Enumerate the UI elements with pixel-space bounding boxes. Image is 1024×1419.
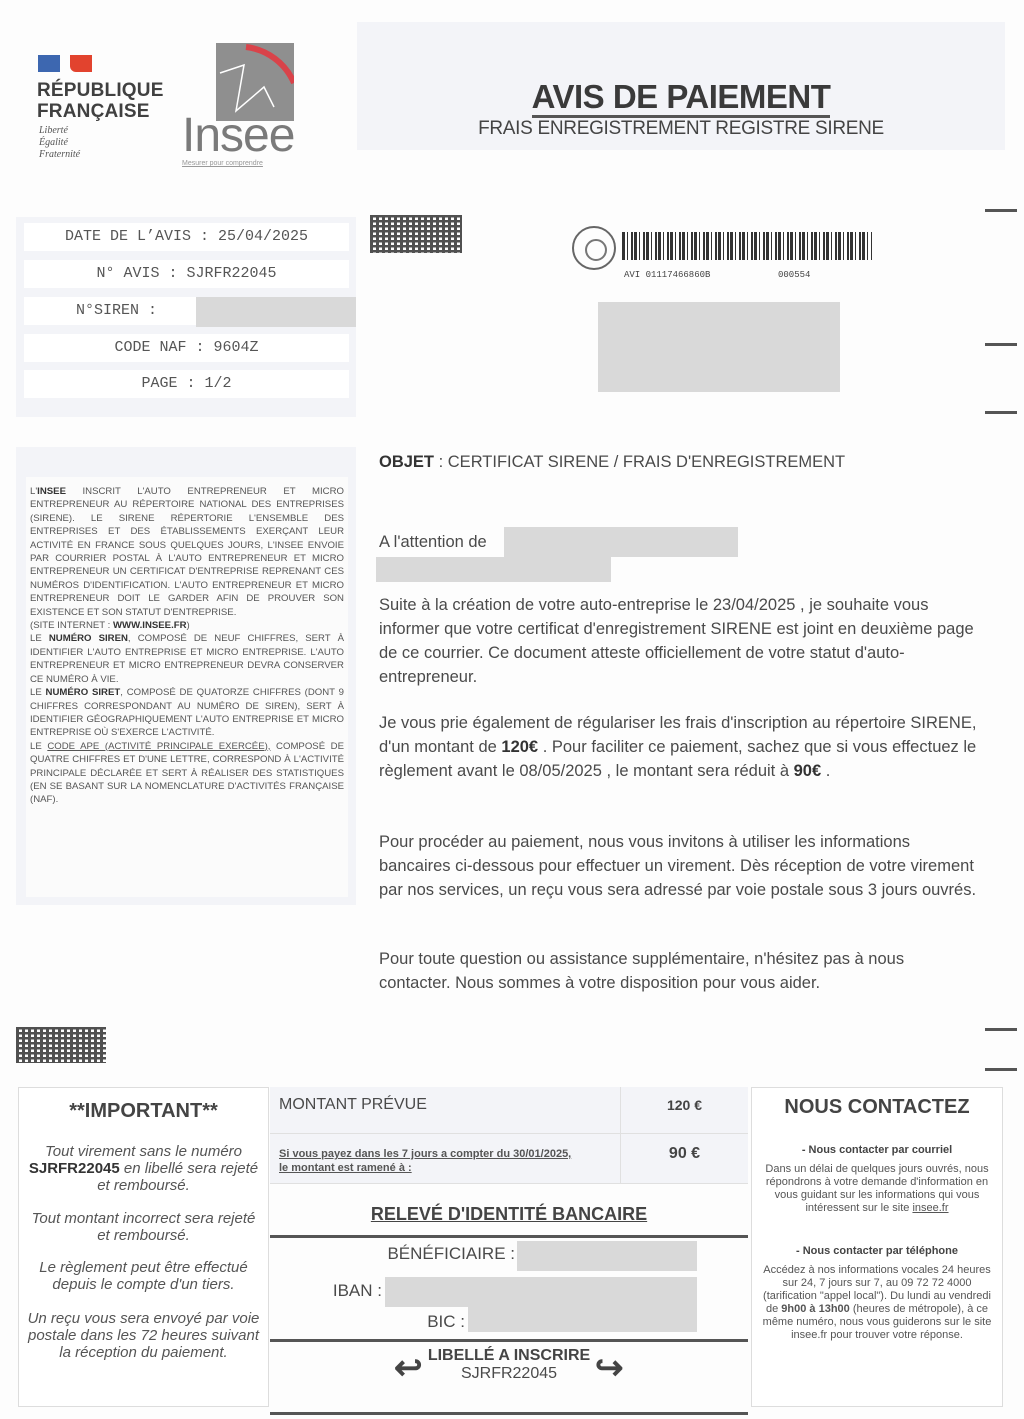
- beneficiary-label: BÉNÉFICIAIRE :: [350, 1244, 515, 1264]
- planned-amount-label: MONTANT PRÉVUE: [279, 1096, 427, 1114]
- fold-mark: [985, 343, 1017, 346]
- transfer-reference-value: SJRFR22045: [270, 1365, 748, 1383]
- fold-mark: [985, 1028, 1017, 1031]
- important-panel: **IMPORTANT** Tout virement sans le numé…: [18, 1087, 269, 1407]
- reduced-amount-label: Si vous payez dans les 7 jours a compter…: [279, 1147, 579, 1175]
- contact-panel: NOUS CONTACTEZ - Nous contacter par cour…: [751, 1087, 1003, 1407]
- transfer-reference-title: LIBELLÉ A INSCRIRE: [270, 1347, 748, 1365]
- reduced-amount-row: Si vous payez dans les 7 jours a compter…: [270, 1134, 748, 1184]
- contact-phone-text: Accédez à nos informations vocales 24 he…: [758, 1264, 996, 1342]
- fold-mark: [985, 209, 1017, 212]
- planned-amount-row: MONTANT PRÉVUE 120 €: [270, 1087, 748, 1134]
- rib-title: RELEVÉ D'IDENTITÉ BANCAIRE: [270, 1204, 748, 1225]
- divider: [270, 1339, 748, 1342]
- fold-mark: [985, 411, 1017, 414]
- planned-amount-value: 120 €: [620, 1087, 748, 1133]
- iban-redacted: [385, 1277, 697, 1307]
- notice-paragraph-siret: Le numéro SIRET, composé de quatorze chi…: [30, 686, 344, 740]
- notice-paragraph-insee: L'INSEE inscrit l'auto entrepreneur et m…: [30, 485, 344, 619]
- attention-name-redacted-2: [376, 557, 611, 582]
- letter-paragraph-2: Je vous prie également de régulariser le…: [379, 711, 979, 783]
- notice-paragraph-ape: Le code APE (activité principale exercée…: [30, 740, 344, 807]
- letter-subject: OBJET : CERTIFICAT SIRENE / FRAIS D'ENRE…: [379, 450, 979, 474]
- contact-phone-heading: - Nous contacter par téléphone: [752, 1245, 1002, 1257]
- siren-redacted: [196, 297, 356, 327]
- recipient-address-redacted: [598, 302, 840, 392]
- sirene-info-text: L'INSEE inscrit l'auto entrepreneur et m…: [26, 477, 348, 897]
- sirene-info-panel: L'INSEE inscrit l'auto entrepreneur et m…: [16, 447, 356, 905]
- barcode-number: 000554: [778, 270, 810, 280]
- barcode-code: AVI 01117466860B: [624, 270, 710, 280]
- important-title: **IMPORTANT**: [19, 1100, 268, 1123]
- notice-number: N° AVIS : SJRFR22045: [24, 260, 349, 288]
- notice-date: DATE DE L’AVIS : 25/04/2025: [24, 223, 349, 251]
- important-amount-warning: Tout montant incorrect sera rejeté et re…: [27, 1210, 260, 1244]
- notice-website: (Site internet : WWW.INSEE.FR): [30, 619, 344, 632]
- notice-info-panel: DATE DE L’AVIS : 25/04/2025 N° AVIS : SJ…: [16, 217, 356, 417]
- bic-label: BIC :: [380, 1312, 465, 1332]
- fold-mark: [985, 1068, 1017, 1071]
- letter-paragraph-1: Suite à la création de votre auto-entrep…: [379, 593, 979, 689]
- title-panel: AVIS DE PAIEMENT FRAIS ENREGISTREMENT RE…: [357, 22, 1005, 150]
- divider: [270, 1412, 748, 1415]
- naf-code: CODE NAF : 9604Z: [24, 334, 349, 362]
- francaise-line: FRANÇAISE: [37, 101, 164, 122]
- motto-fraternite: Fraternité: [39, 149, 80, 161]
- notice-paragraph-siren: Le numéro SIREN, composé de neuf chiffre…: [30, 632, 344, 686]
- document-title: AVIS DE PAIEMENT: [357, 78, 1005, 116]
- republique-francaise-logo: RÉPUBLIQUE FRANÇAISE: [37, 80, 164, 122]
- important-third-party: Le règlement peut être effectué depuis l…: [27, 1259, 260, 1293]
- contact-email-heading: - Nous contacter par courriel: [752, 1144, 1002, 1156]
- letter-paragraph-4: Pour toute question ou assistance supplé…: [379, 947, 979, 995]
- bic-redacted: [468, 1306, 697, 1332]
- page-number: PAGE : 1/2: [24, 370, 349, 398]
- siren-row: N°SIREN :: [24, 297, 349, 325]
- iban-label: IBAN :: [290, 1281, 382, 1301]
- curved-arrow-right-icon: ↪: [595, 1351, 624, 1385]
- contact-title: NOUS CONTACTEZ: [752, 1096, 1002, 1119]
- insee-tagline: Mesurer pour comprendre: [182, 160, 263, 167]
- motto-liberte: Liberté: [39, 125, 80, 137]
- siren-label: N°SIREN :: [76, 302, 157, 319]
- republic-motto: Liberté Égalité Fraternité: [39, 125, 80, 161]
- important-receipt: Un reçu vous sera envoyé par voie postal…: [27, 1310, 260, 1361]
- datamatrix-icon: [370, 215, 462, 253]
- republique-line: RÉPUBLIQUE: [37, 80, 164, 101]
- datamatrix-icon: [16, 1027, 106, 1063]
- insee-wordmark: Insee: [182, 112, 294, 160]
- postage-seal-icon: [572, 226, 616, 270]
- transfer-reference: LIBELLÉ A INSCRIRE SJRFR22045: [270, 1347, 748, 1383]
- important-reference-warning: Tout virement sans le numéro SJRFR22045 …: [27, 1143, 260, 1194]
- marianne-flag-icon: [38, 55, 93, 72]
- contact-email-text: Dans un délai de quelques jours ouvrés, …: [758, 1163, 996, 1215]
- divider: [270, 1235, 748, 1238]
- barcode-icon: [622, 232, 872, 260]
- document-subtitle: FRAIS ENREGISTREMENT REGISTRE SIRENE: [357, 118, 1005, 140]
- motto-egalite: Égalité: [39, 137, 80, 149]
- beneficiary-redacted: [517, 1241, 697, 1271]
- attention-name-redacted: [504, 527, 738, 557]
- reduced-amount-value: 90 €: [620, 1134, 748, 1183]
- insee-link[interactable]: insee.fr: [912, 1202, 948, 1214]
- letter-paragraph-3: Pour procéder au paiement, nous vous inv…: [379, 830, 979, 902]
